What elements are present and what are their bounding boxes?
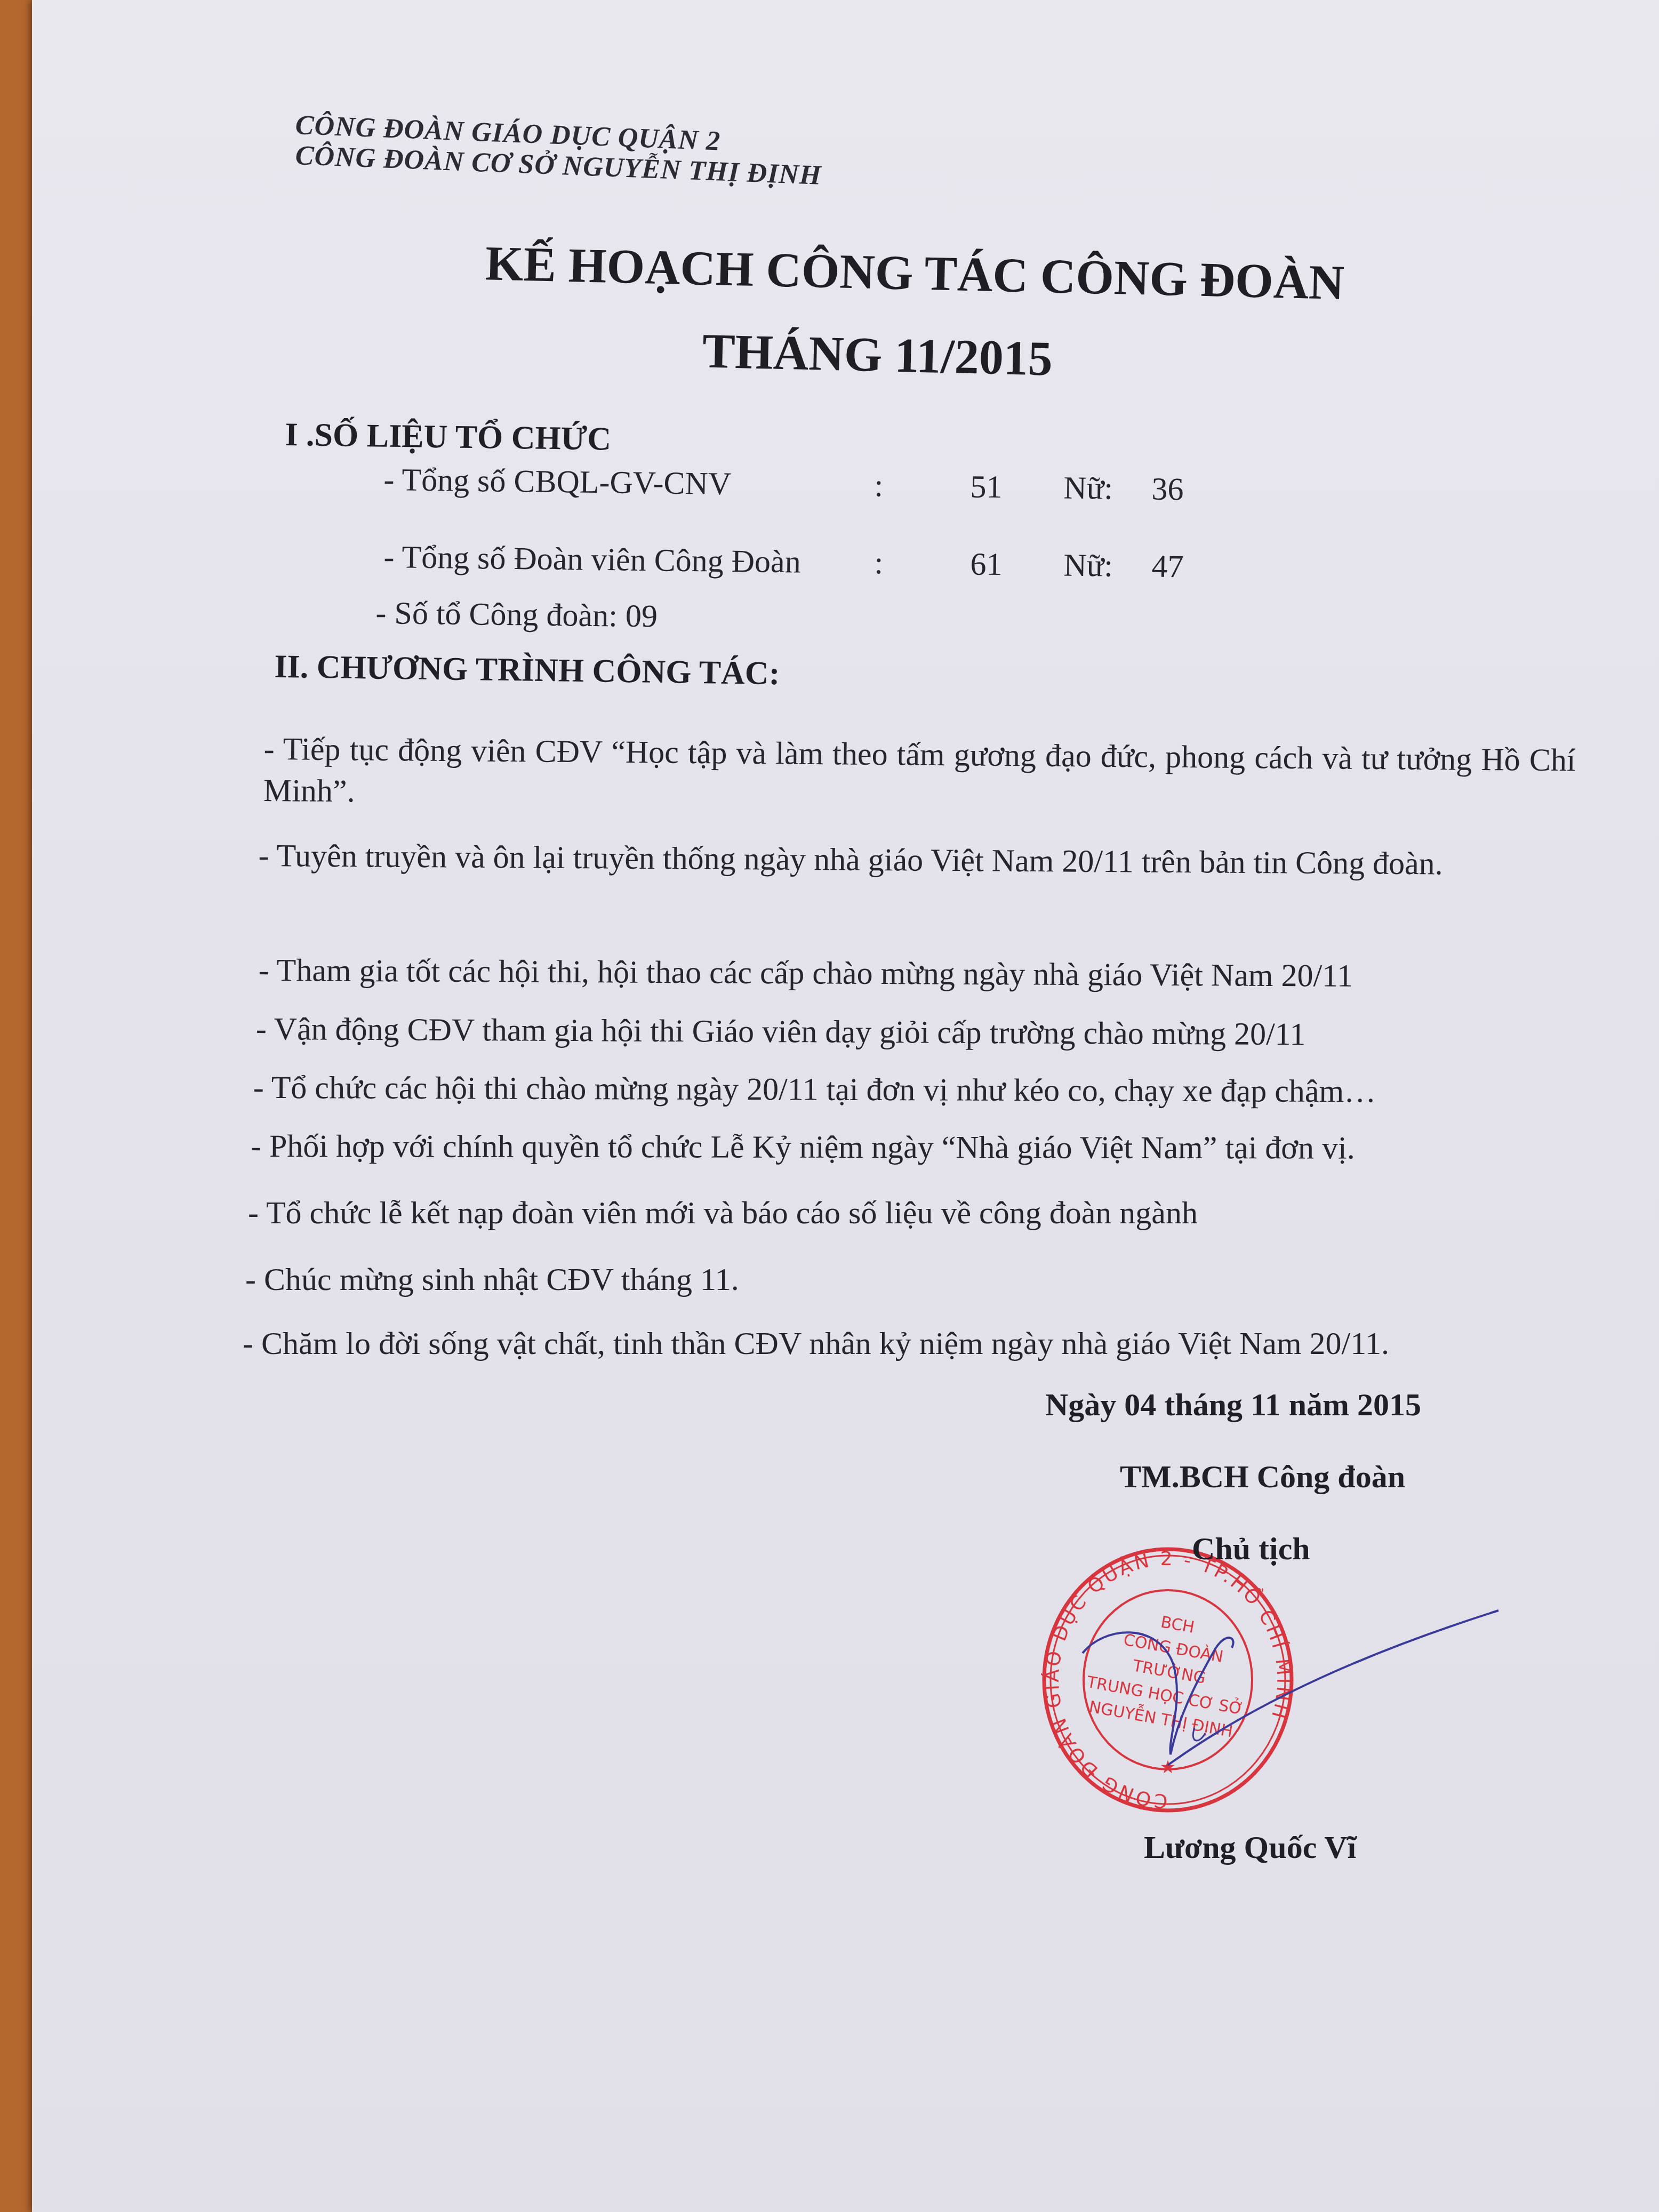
stat-label: - Tổng số CBQL-GV-CNV [383,461,732,502]
stat-female: 36 [1151,471,1184,508]
list-item: - Tổ chức lễ kết nạp đoàn viên mới và bá… [248,1192,1198,1233]
list-item: - Chăm lo đời sống vật chất, tinh thần C… [243,1323,1389,1364]
stat-female-label: Nữ: [1063,470,1113,507]
signature-role: Chủ tịch [1192,1530,1310,1567]
stat-female-label: Nữ: [1063,547,1113,584]
stat-groups-text: - Số tổ Công đoàn: 09 [375,595,658,635]
list-item: - Phối hợp với chính quyền tổ chức Lễ Kỷ… [251,1125,1355,1169]
list-item: - Tham gia tốt các hội thi, hội thao các… [259,949,1353,997]
stat-total: 51 [970,468,1003,506]
stat-colon: : [874,467,884,504]
stat-female: 47 [1151,548,1184,586]
list-item: - Tiếp tục động viên CĐV “Học tập và làm… [263,728,1576,822]
list-item: - Chúc mừng sinh nhật CĐV tháng 11. [245,1259,739,1300]
signer-name: Lương Quốc Vĩ [1144,1829,1356,1866]
signature-date: Ngày 04 tháng 11 năm 2015 [1045,1386,1421,1423]
stat-colon: : [874,544,884,581]
signature-org: TM.BCH Công đoàn [1120,1458,1405,1495]
handwritten-signature-icon [1061,1600,1509,1813]
list-item: - Vận động CĐV tham gia hội thi Giáo viê… [256,1008,1306,1055]
stat-total: 61 [970,546,1003,583]
stat-label: - Tổng số Đoàn viên Công Đoàn [383,539,801,581]
list-item: - Tổ chức các hội thi chào mừng ngày 20/… [253,1067,1376,1112]
section-2-heading: II. CHƯƠNG TRÌNH CÔNG TÁC: [274,648,780,693]
section-1-heading: I .SỐ LIỆU TỔ CHỨC [285,416,611,459]
